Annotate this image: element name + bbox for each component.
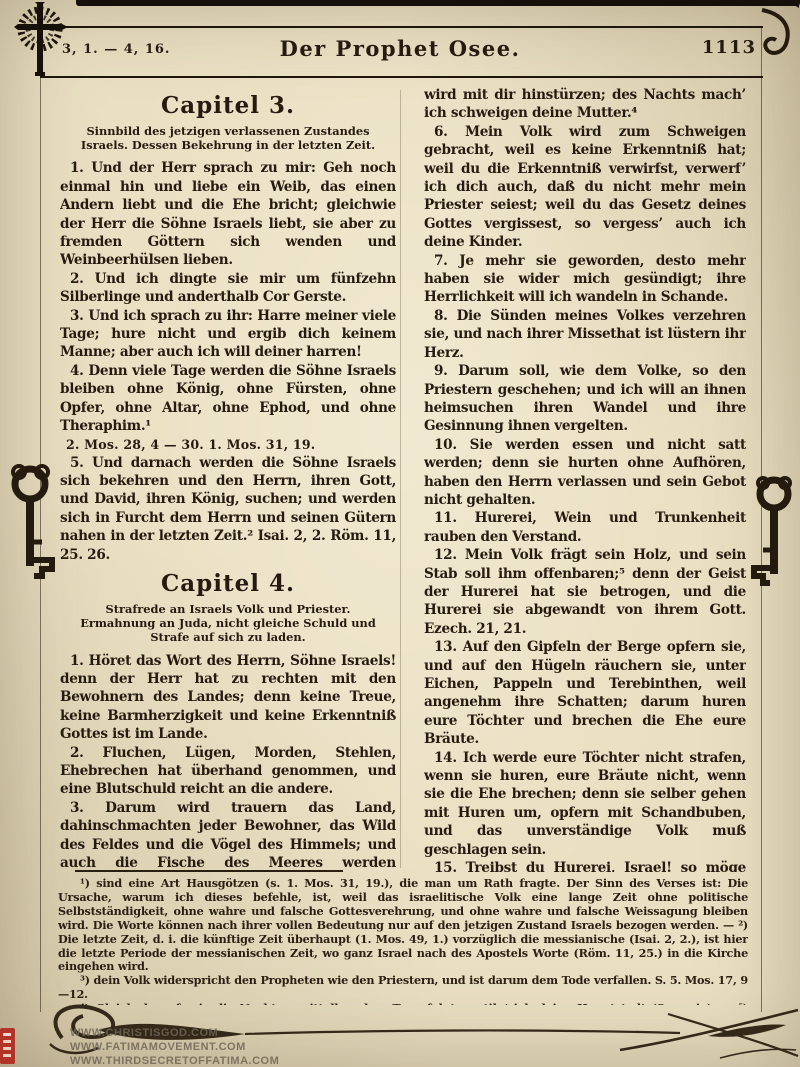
- summary: Strafrede an Israels Volk und Priester. …: [66, 602, 390, 645]
- page-number: 1113: [702, 37, 756, 58]
- key-ornament-left: [6, 462, 62, 584]
- verse-paragraph: 15. Treibst du Hurerei, Israel! so möge …: [424, 859, 746, 872]
- corner-flourish-ornament: [756, 0, 800, 60]
- summary: Sinnbild des jetzigen verlassenen Zustan…: [66, 124, 390, 152]
- verse-paragraph: 11. Hurerei, Wein und Trunkenheit rauben…: [424, 509, 746, 546]
- footnote-paragraph: ⁴) Gleich darauf, wie die Nacht unmittel…: [58, 1002, 748, 1005]
- verse-paragraph: 3. Und ich sprach zu ihr: Harre meiner v…: [60, 307, 396, 362]
- chapter-heading: Capitel 3.: [60, 92, 396, 119]
- verse-paragraph: 7. Je mehr sie geworden, desto mehr habe…: [424, 252, 746, 307]
- header-underline: [40, 76, 763, 78]
- text-columns: Capitel 3.Sinnbild des jetzigen verlasse…: [60, 86, 746, 872]
- footnote-paragraph: ³) dein Volk widerspricht den Propheten …: [58, 974, 748, 1002]
- page-title: Der Prophet Osee.: [0, 36, 800, 61]
- key-ornament-right: [742, 474, 798, 592]
- verse-paragraph: 8. Die Sünden meines Volkes verzehren si…: [424, 307, 746, 362]
- watermark-urls: WWW.CHRISTISGOD.COM WWW.FATIMAMOVEMENT.C…: [70, 1026, 279, 1067]
- verse-paragraph: 13. Auf den Gipfeln der Berge opfern sie…: [424, 638, 746, 748]
- verse-paragraph: 2. Fluchen, Lügen, Morden, Stehlen, Eheb…: [60, 744, 396, 799]
- frame-rule-top: [40, 26, 763, 28]
- verse-paragraph: 12. Mein Volk frägt sein Holz, und sein …: [424, 546, 746, 638]
- verse-paragraph: 3. Darum wird trauern das Land, dahinsch…: [60, 799, 396, 872]
- footnote-paragraph: ¹) sind eine Art Hausgötzen (s. 1. Mos. …: [58, 877, 748, 974]
- verse-paragraph: 5. Und darnach werden die Söhne Israels …: [60, 454, 396, 564]
- ref: 2. Mos. 28, 4 — 30. 1. Mos. 31, 19.: [60, 436, 396, 454]
- verse-continuation: wird mit dir hinstürzen; des Nachts mach…: [424, 86, 746, 123]
- scanned-bible-page: { "header": { "range_ref": "3, 1. — 4, 1…: [0, 0, 800, 1067]
- footnotes-block: ¹) sind eine Art Hausgötzen (s. 1. Mos. …: [58, 877, 748, 1005]
- verse-paragraph: 6. Mein Volk wird zum Schweigen gebracht…: [424, 123, 746, 252]
- watermark-logo: [0, 1028, 15, 1064]
- verse-paragraph: 1. Und der Herr sprach zu mir: Geh noch …: [60, 159, 396, 269]
- verse-paragraph: 14. Ich werde eure Töchter nicht strafen…: [424, 749, 746, 859]
- verse-paragraph: 1. Höret das Wort des Herrn, Söhne Israe…: [60, 652, 396, 744]
- right-column: wird mit dir hinstürzen; des Nachts mach…: [424, 86, 746, 872]
- radiant-cross-ornament: [10, 2, 72, 84]
- verse-paragraph: 9. Darum soll, wie dem Volke, so den Pri…: [424, 362, 746, 436]
- scan-edge-bar: [76, 0, 800, 6]
- watermark-url: WWW.FATIMAMOVEMENT.COM: [70, 1040, 279, 1054]
- verse-paragraph: 4. Denn viele Tage werden die Söhne Isra…: [60, 362, 396, 436]
- watermark-url: WWW.THIRDSECRETOFFATIMA.COM: [70, 1054, 279, 1067]
- left-column: Capitel 3.Sinnbild des jetzigen verlasse…: [60, 86, 396, 872]
- watermark-url: WWW.CHRISTISGOD.COM: [70, 1026, 279, 1040]
- verse-paragraph: 2. Und ich dingte sie mir um fünfzehn Si…: [60, 270, 396, 307]
- verse-paragraph: 10. Sie werden essen und nicht satt werd…: [424, 436, 746, 510]
- chapter-heading: Capitel 4.: [60, 570, 396, 597]
- footnote-separator-rule: [75, 870, 343, 872]
